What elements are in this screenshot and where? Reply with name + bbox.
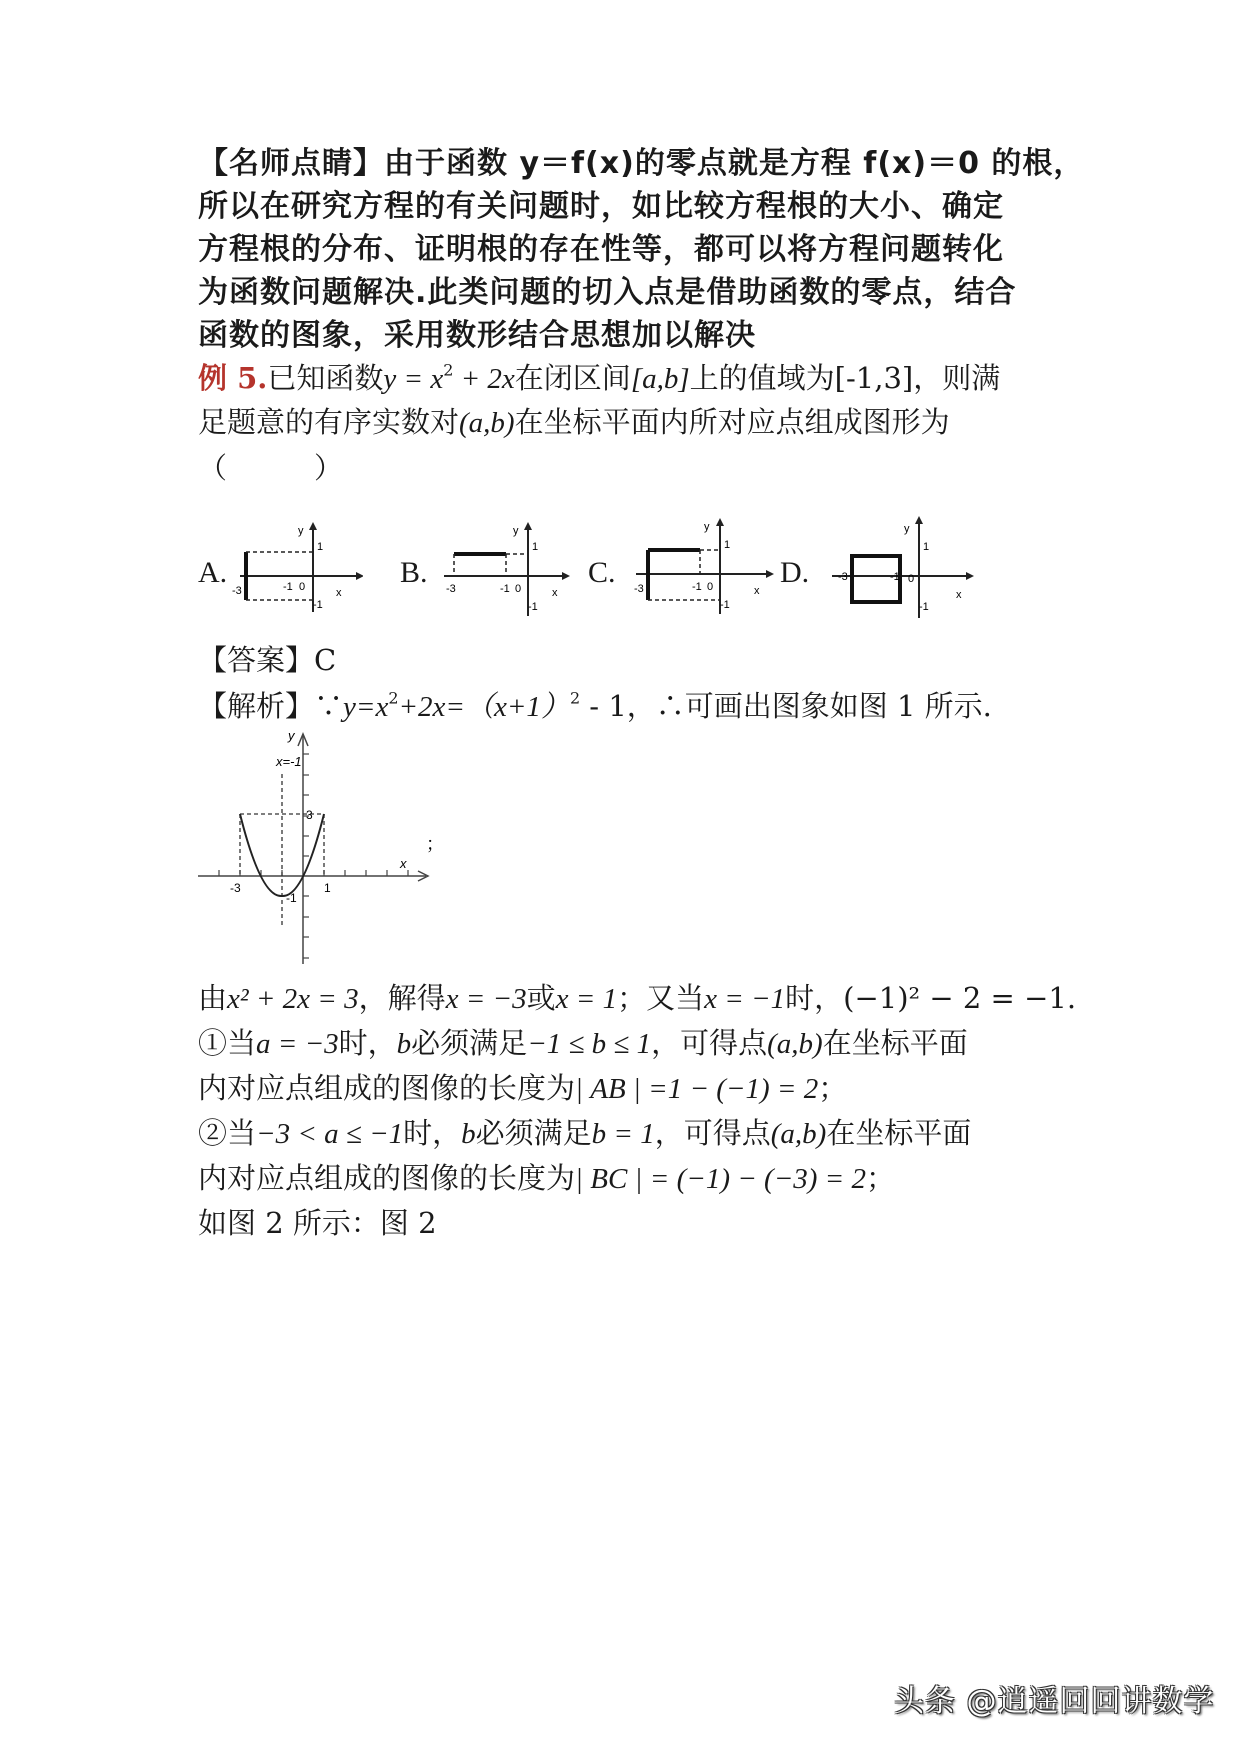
option-c-graph: -3 -1 0 1 -1 x y	[628, 518, 778, 618]
svg-text:x: x	[956, 589, 962, 601]
svg-text:3: 3	[306, 808, 313, 822]
tip-line-2: 所以在研究方程的有关问题时，如比较方程根的大小、确定	[198, 185, 1004, 229]
svg-text:y: y	[904, 523, 910, 535]
case-2-line-1: ②当−3 < a ≤ −1时，b必须满足b = 1，可得点(a,b)在坐标平面	[198, 1111, 971, 1156]
svg-text:0: 0	[299, 581, 305, 593]
answer-blank: （ ）	[198, 446, 343, 490]
svg-text:1: 1	[923, 541, 929, 553]
svg-text:-3: -3	[634, 583, 644, 595]
solution-line-1: 由x² + 2x = 3，解得x = −3或x = 1；又当x = −1时，(−…	[198, 976, 1076, 1021]
svg-text:y: y	[287, 730, 296, 743]
svg-text:x: x	[399, 856, 407, 871]
tip-line-1: 【名师点睛】由于函数 y＝f(x)的零点就是方程 f(x)＝0 的根，	[198, 142, 1084, 186]
figure-2-caption: 如图 2 所示：图 2	[198, 1201, 437, 1245]
svg-text:x: x	[754, 585, 760, 597]
svg-text:y: y	[513, 525, 519, 537]
svg-text:1: 1	[532, 541, 538, 553]
example-label: 例 5.	[198, 361, 267, 395]
tip-line-5: 函数的图象，采用数形结合思想加以解决	[198, 314, 756, 358]
svg-text:；: ；	[426, 834, 444, 854]
option-b-graph: -3 -1 0 1 -1 x y	[440, 520, 575, 620]
svg-text:-1: -1	[286, 891, 297, 905]
svg-text:-3: -3	[232, 585, 242, 597]
option-a-label: A.	[198, 556, 227, 590]
case-1-line-1: ①当a = −3时，b必须满足−1 ≤ b ≤ 1，可得点(a,b)在坐标平面	[198, 1021, 968, 1066]
svg-text:-1: -1	[890, 571, 900, 583]
option-d-label: D.	[780, 556, 809, 590]
option-a-graph: -3 -1 0 1 -1 x y	[228, 520, 363, 620]
option-b-label: B.	[400, 556, 428, 590]
svg-text:1: 1	[317, 541, 323, 553]
svg-text:-1: -1	[283, 581, 293, 593]
svg-text:x: x	[552, 587, 558, 599]
analysis-intro: 【解析】∵y=x2+2x=（x+1）2 - 1，∴可画出图象如图 1 所示.	[198, 684, 992, 729]
tip-line-3: 方程根的分布、证明根的存在性等，都可以将方程问题转化	[198, 228, 1004, 272]
svg-text:y: y	[704, 521, 710, 533]
svg-text:-3: -3	[230, 881, 241, 895]
svg-text:x=-1: x=-1	[275, 754, 302, 769]
svg-text:y: y	[298, 525, 304, 537]
svg-text:0: 0	[515, 583, 521, 595]
option-d-graph: -3 -1 0 1 -1 x y	[828, 514, 978, 624]
example-line-1: 例 5.已知函数y = x2 + 2x在闭区间[a,b]上的值域为[-1,3]，…	[198, 356, 1000, 401]
answer-value: C	[314, 643, 336, 677]
svg-text:-1: -1	[692, 581, 702, 593]
document-page: 【名师点睛】由于函数 y＝f(x)的零点就是方程 f(x)＝0 的根， 所以在研…	[0, 0, 1242, 1756]
svg-text:1: 1	[324, 881, 331, 895]
svg-text:-1: -1	[528, 601, 538, 613]
svg-text:-3: -3	[838, 571, 848, 583]
svg-text:1: 1	[724, 539, 730, 551]
svg-text:-3: -3	[446, 583, 456, 595]
svg-text:-1: -1	[500, 583, 510, 595]
svg-text:0: 0	[707, 581, 713, 593]
svg-text:0: 0	[908, 573, 914, 585]
svg-text:-1: -1	[919, 601, 929, 613]
tip-line-4: 为函数问题解决.此类问题的切入点是借助函数的零点，结合	[198, 271, 1016, 315]
answer-label: 【答案】	[198, 643, 314, 677]
watermark: 头条 @逍遥回回讲数学	[894, 1676, 1215, 1720]
svg-text:-1: -1	[720, 599, 730, 611]
case-2-line-2: 内对应点组成的图像的长度为| BC | = (−1) − (−3) = 2；	[198, 1156, 895, 1201]
svg-text:-1: -1	[313, 599, 323, 611]
example-line-2: 足题意的有序实数对(a,b)在坐标平面内所对应点组成图形为	[198, 400, 950, 445]
answer-line: 【答案】C	[198, 638, 336, 682]
figure-1-parabola: x=-1 y x 3 -3 1 -1 ；	[190, 730, 450, 970]
svg-text:x: x	[336, 587, 342, 599]
case-1-line-2: 内对应点组成的图像的长度为| AB | =1 − (−1) = 2；	[198, 1066, 847, 1111]
analysis-label: 【解析】	[198, 689, 314, 723]
option-c-label: C.	[588, 556, 616, 590]
tip-label: 【名师点睛】	[198, 146, 384, 181]
